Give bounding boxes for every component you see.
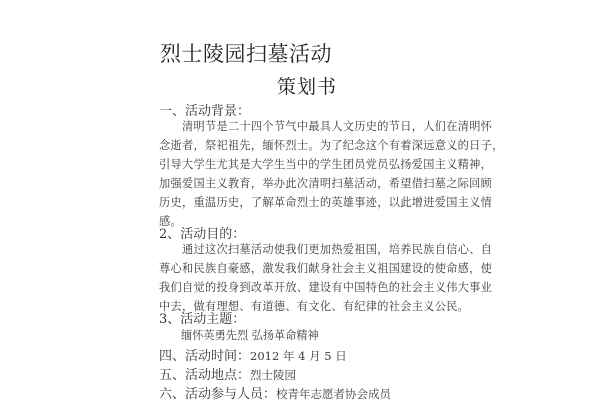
paragraph-line: 通过这次扫墓活动使我们更加热爱祖国，培养民族自信心、自 [159, 240, 459, 259]
paragraph-line: 引导大学生尤其是大学生当中的学生团员党员弘扬爱国主义精神， [159, 155, 459, 174]
activity-participants: 六、活动参与人员：校青年志愿者协会成员 [159, 383, 391, 402]
activity-participants-label: 六、活动参与人员： [159, 387, 276, 402]
document-page: 烈士陵园扫墓活动 策划书 一、活动背景： 清明节是二十四个节气中最具人文历史的节… [0, 0, 596, 410]
document-subtitle: 策划书 [277, 72, 337, 99]
paragraph-line: 尊心和民族自豪感，激发我们献身社会主义祖国建设的使命感，使 [159, 259, 459, 278]
section-body-background: 清明节是二十四个节气中最具人文历史的节日，人们在清明怀 念逝者，祭祀祖先，缅怀烈… [159, 117, 459, 231]
section-heading-theme: 3、活动主题： [159, 308, 245, 327]
activity-time-label: 四、活动时间： [159, 349, 250, 364]
paragraph-line: 我们自觉的投身到改革开放、建设有中国特色的社会主义伟大事业 [159, 278, 459, 297]
section-body-purpose: 通过这次扫墓活动使我们更加热爱祖国，培养民族自信心、自 尊心和民族自豪感，激发我… [159, 240, 459, 316]
activity-location-label: 五、活动地点： [159, 368, 250, 383]
activity-location: 五、活动地点：烈士陵园 [159, 364, 296, 383]
activity-time-value: 2012 年 4 月 5 日 [250, 349, 347, 363]
document-title: 烈士陵园扫墓活动 [160, 38, 332, 68]
paragraph-line: 念逝者，祭祀祖先，缅怀烈士。为了纪念这个有着深远意义的日子， [159, 136, 459, 155]
paragraph-line: 清明节是二十四个节气中最具人文历史的节日，人们在清明怀 [159, 117, 459, 136]
paragraph-line: 历史，重温历史，了解革命烈士的英雄事迹，以此增进爱国主义情 [159, 193, 459, 212]
activity-participants-value: 校青年志愿者协会成员 [276, 387, 391, 401]
paragraph-line: 加强爱国主义教育，举办此次清明扫墓活动，希望借扫墓之际回顾 [159, 174, 459, 193]
activity-location-value: 烈士陵园 [250, 368, 296, 382]
section-body-theme: 缅怀英勇先烈 弘扬革命精神 [181, 327, 319, 343]
activity-time: 四、活动时间：2012 年 4 月 5 日 [159, 345, 347, 364]
